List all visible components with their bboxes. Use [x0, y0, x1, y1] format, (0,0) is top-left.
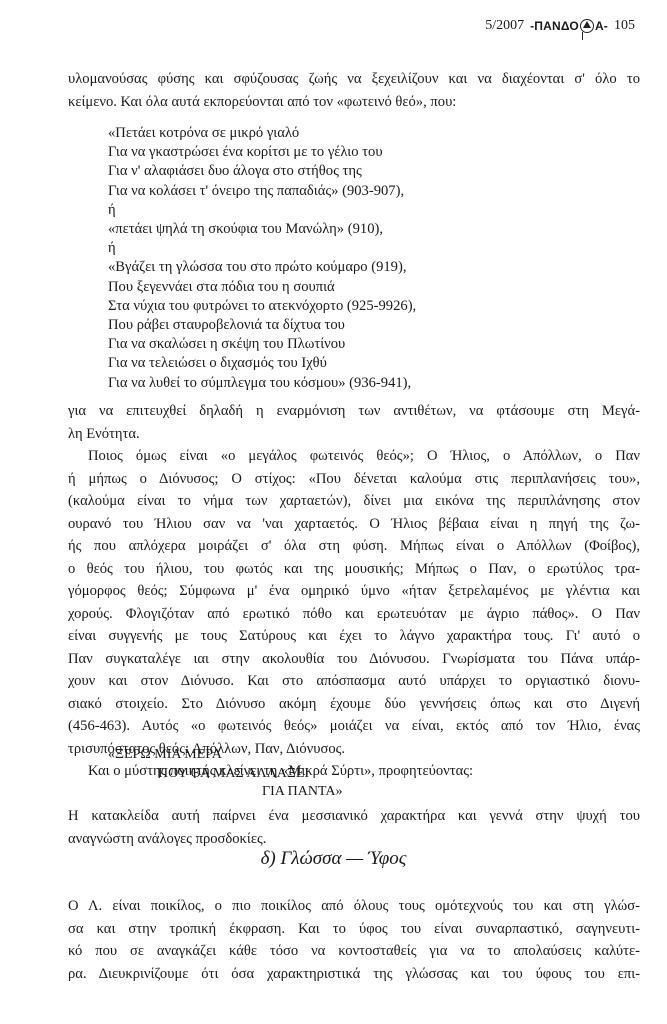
running-header: 5/2007 -ΠΑΝΔΟ Α- 105: [485, 18, 635, 34]
verse-quotation: «Πετάει κοτρόνα σε μικρό γιαλό Για να γκ…: [108, 124, 416, 393]
text-line: κό που σε αναγκάζει κάθε τόσο να κοντοστ…: [68, 940, 640, 963]
prophecy-quotation: «ΞΕΡΩ ΜΙΑ ΜΕΡΑ ΠΟΥ ΘΑ ΜΑΣ ΑΛΛΑΞΕΙ ΓΙΑ ΠΑ…: [108, 746, 342, 802]
paragraph-language-style: Ο Λ. είναι ποικίλος, ο πιο ποικίλος από …: [68, 895, 640, 985]
text-line: χορούς. Φλογιζόταν από ερωτικό πόθο και …: [68, 603, 640, 626]
text-line: ής που απλόχερα μοιράζει σ' όλα στη φύση…: [68, 535, 640, 558]
magazine-title-left: -ΠΑΝΔΟ: [530, 19, 579, 33]
issue-date: 5/2007: [485, 18, 524, 34]
text-line: (456-463). Αυτός «ο φωτεινός θεός» μοιάζ…: [68, 715, 640, 738]
verse-line: Για να τελειώσει ο διχασμός του Ιχθύ: [108, 354, 416, 373]
text-line: ή μήπως ο Διόνυσος; Ο στίχος: «Που δένετ…: [68, 468, 640, 491]
text-line: αναγνώστη ανάλογες προσδοκίες.: [68, 828, 640, 851]
paragraph-intro: υλομανούσας φύσης και σφύζουσας ζωής να …: [68, 68, 640, 113]
verse-line: Για να κολάσει τ' όνειρο της παπαδιάς» (…: [108, 182, 416, 201]
text-line: ρα. Διευκρινίζουμε ότι όσα χαρακτηριστικ…: [68, 963, 640, 986]
paragraph-messianic: Η κατακλείδα αυτή παίρνει ένα μεσσιανικό…: [68, 805, 640, 850]
verse-line: «πετάει ψηλά τη σκούφια του Μανώλη» (910…: [108, 220, 416, 239]
text-line: κείμενο. Και όλα αυτά εκπορεύονται από τ…: [68, 91, 640, 114]
verse-line: «Βγάζει τη γλώσσα του στο πρώτο κούμαρο …: [108, 258, 416, 277]
magazine-title: -ΠΑΝΔΟ Α-: [530, 19, 608, 33]
text-line: λη Ενότητα.: [68, 423, 640, 446]
verse-line: Για να λυθεί το σύμπλεγμα του κόσμου» (9…: [108, 374, 416, 393]
verse-line: Για ν' αλαφιάσει δυο άλογα στο στήθος τη…: [108, 162, 416, 181]
text-line: ουρανό του Ήλιου σαν να 'ναι χαρταετός. …: [68, 513, 640, 536]
prophecy-line: ΠΟΥ ΘΑ ΜΑΣ ΑΛΛΑΞΕΙ: [108, 765, 342, 784]
text-line: σιακό στοιχείο. Στο Διόνυσο ακόμη έχουμε…: [68, 693, 640, 716]
verse-line: Που ράβει σταυροβελονιά τα δίχτυα του: [108, 316, 416, 335]
document-page: 5/2007 -ΠΑΝΔΟ Α- 105 υλομανούσας φύσης κ…: [0, 0, 667, 1024]
pandora-logo-icon: [580, 19, 594, 33]
text-line: (καλούμα είναι το νήμα των χαρταετών), δ…: [68, 490, 640, 513]
text-line: Η κατακλείδα αυτή παίρνει ένα μεσσιανικό…: [68, 805, 640, 828]
section-heading: δ) Γλώσσα — Ύφος: [0, 848, 667, 870]
prophecy-line: «ΞΕΡΩ ΜΙΑ ΜΕΡΑ: [108, 746, 342, 765]
text-line: για να επιτευχθεί δηλαδή η εναρμόνιση τω…: [68, 400, 640, 423]
prophecy-line: ΓΙΑ ΠΑΝΤΑ»: [108, 783, 342, 802]
verse-line: Στα νύχια του φυτρώνει το ατεκνόχορτο (9…: [108, 297, 416, 316]
text-line: είναι συγγενής με τους Σατύρους και έχει…: [68, 625, 640, 648]
text-line: Ποιος όμως είναι «ο μεγάλος φωτεινός θεό…: [68, 445, 640, 468]
text-line: σα και στην τροπική έκφραση. Και το ύφος…: [68, 918, 640, 941]
text-line: ο θεός του ήλιου, του φωτός και της μουσ…: [68, 558, 640, 581]
verse-line: ή: [108, 239, 416, 258]
text-line: Παν συγκαταλέγε ιαι στην ακολουθία του Δ…: [68, 648, 640, 671]
text-line: υλομανούσας φύσης και σφύζουσας ζωής να …: [68, 68, 640, 91]
magazine-title-right: Α-: [595, 19, 608, 33]
verse-line: «Πετάει κοτρόνα σε μικρό γιαλό: [108, 124, 416, 143]
paragraph-bright-god: Ποιος όμως είναι «ο μεγάλος φωτεινός θεό…: [68, 445, 640, 783]
verse-line: Που ξεγεννάει στα πόδια του η σουπιά: [108, 278, 416, 297]
page-number: 105: [614, 18, 635, 34]
text-line: γόμορφος θεός; Σύμφωνα μ' ένα ομηρικό ύμ…: [68, 580, 640, 603]
paragraph-unity: για να επιτευχθεί δηλαδή η εναρμόνιση τω…: [68, 400, 640, 445]
verse-line: ή: [108, 201, 416, 220]
text-line: Ο Λ. είναι ποικίλος, ο πιο ποικίλος από …: [68, 895, 640, 918]
verse-line: Για να γκαστρώσει ένα κορίτσι με το γέλι…: [108, 143, 416, 162]
text-line: χουν και στον Διόνυσο. Και στο απόσπασμα…: [68, 670, 640, 693]
verse-line: Για να σκαλώσει η σκέψη του Πλωτίνου: [108, 335, 416, 354]
